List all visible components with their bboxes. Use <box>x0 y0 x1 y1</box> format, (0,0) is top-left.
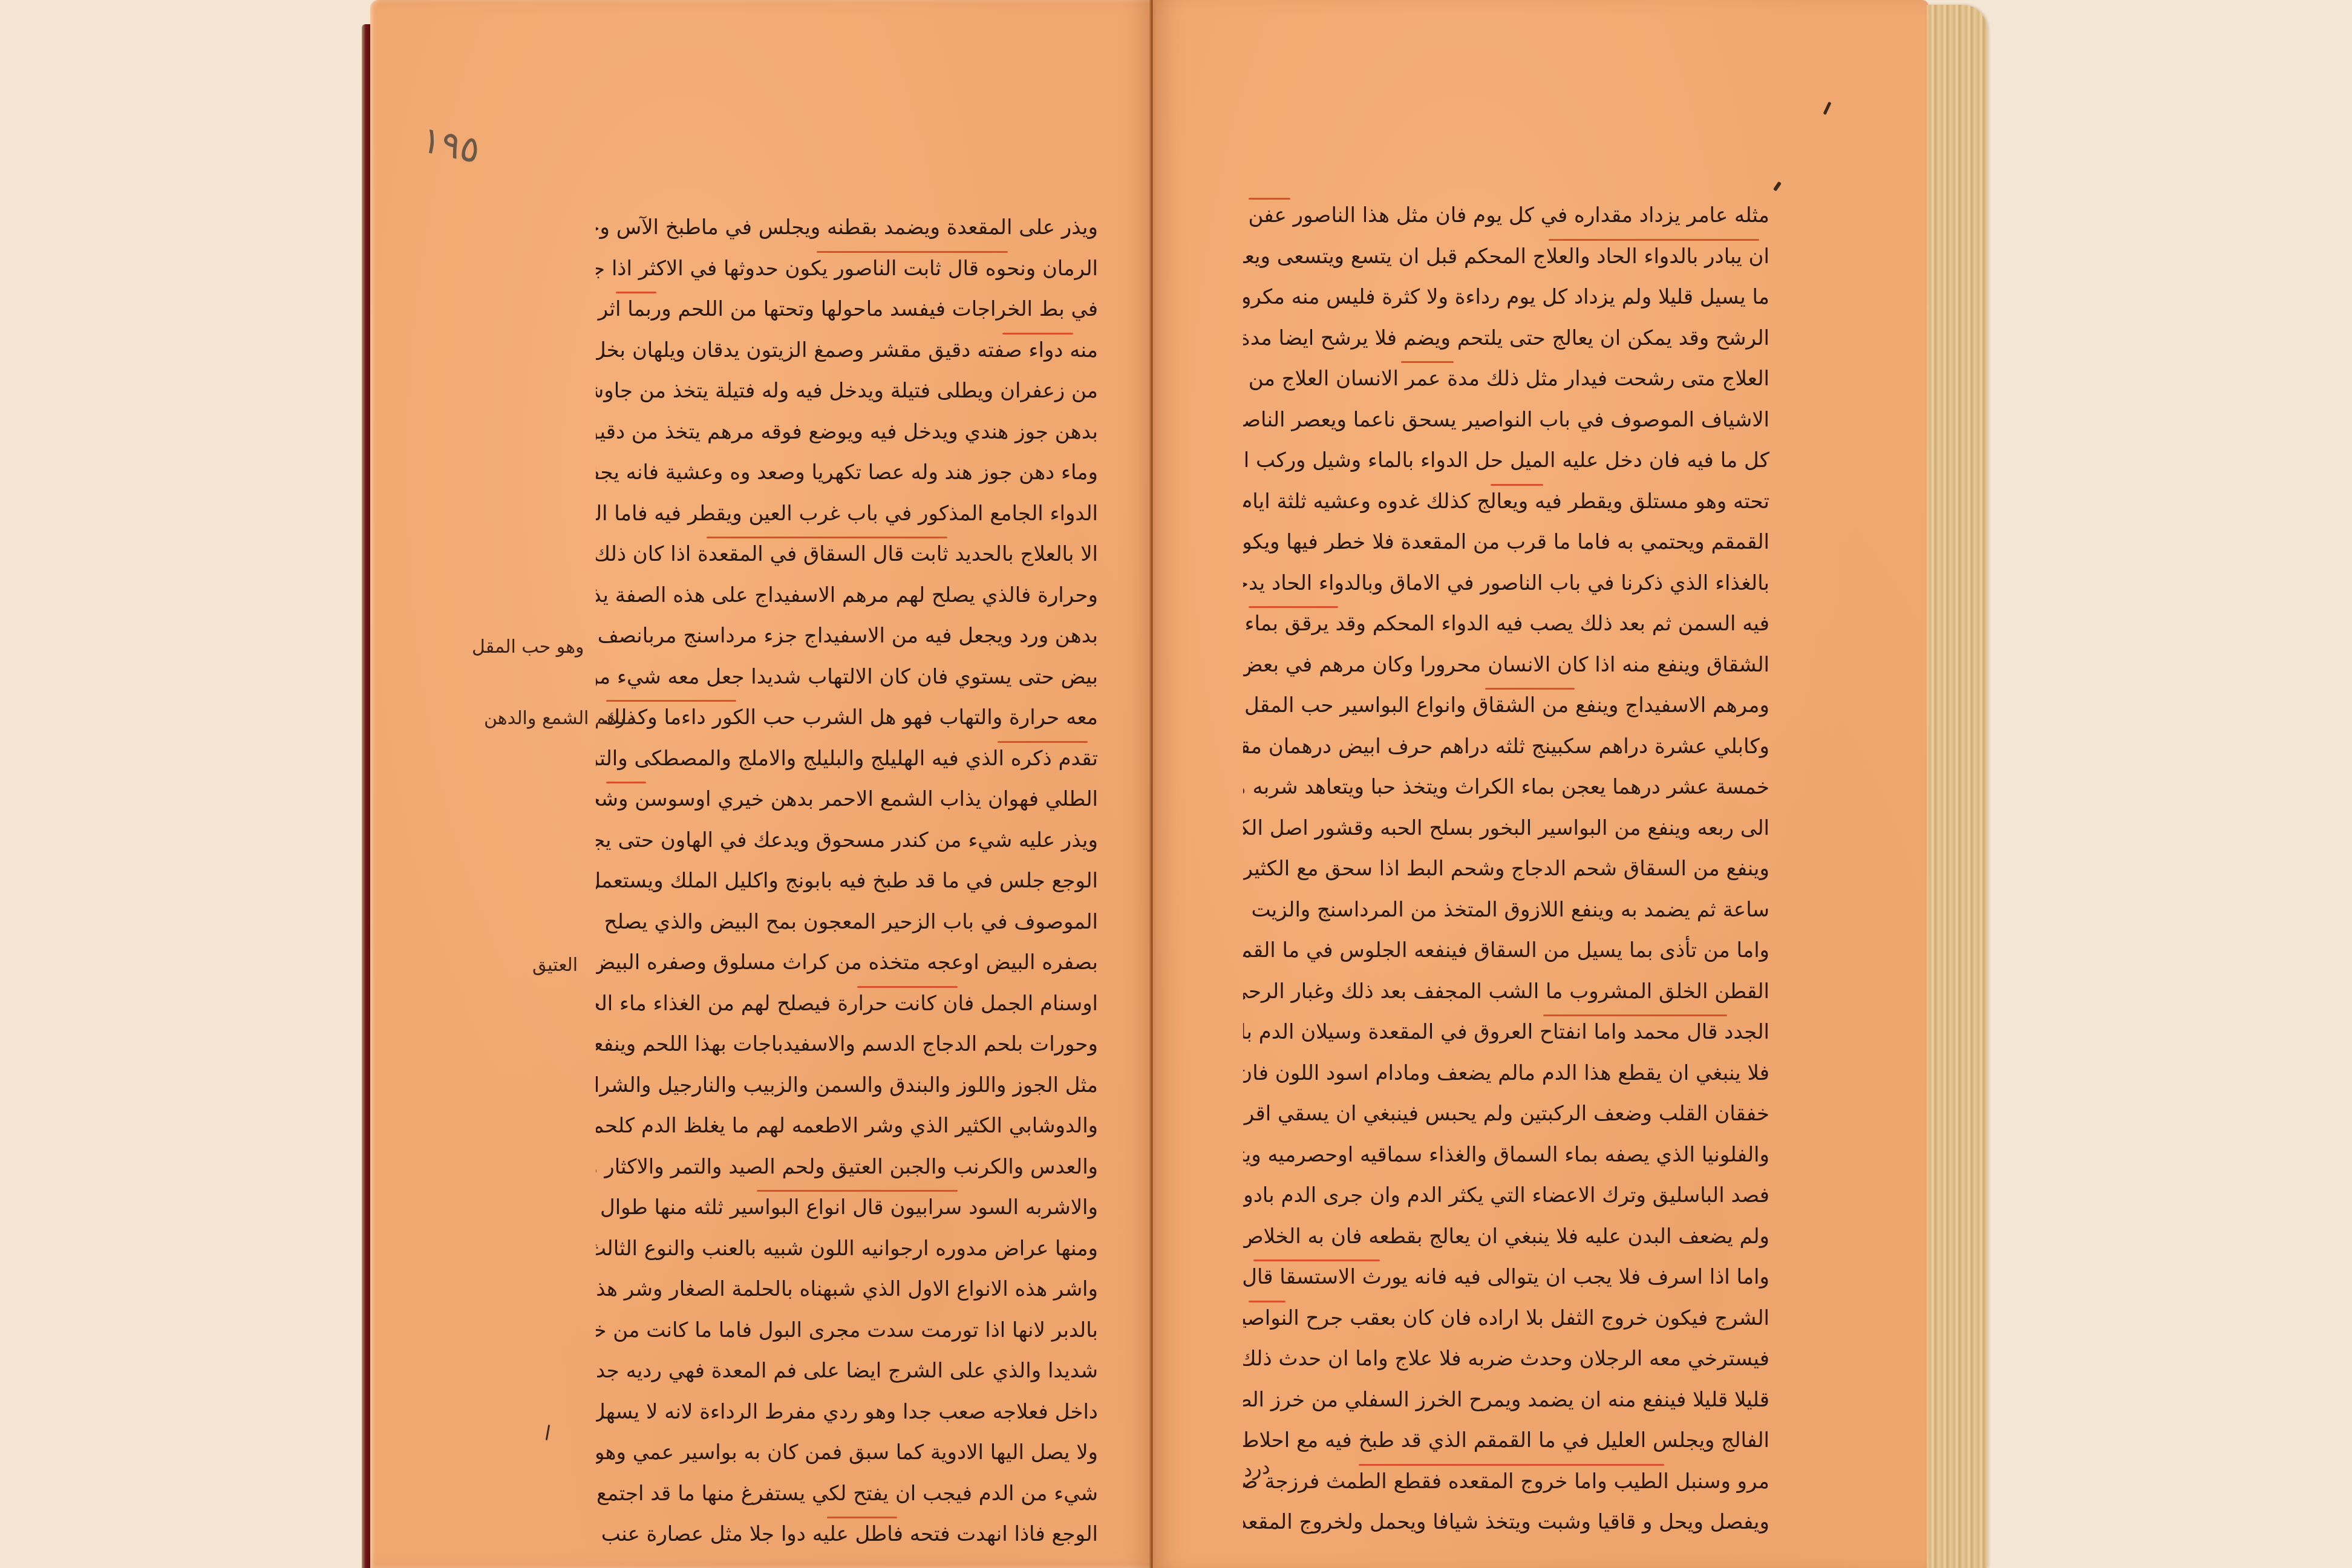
text-line: ان يبادر بالدواء الحاد والعلاج المحكم قب… <box>1243 237 1769 278</box>
text-line: بالغذاء الذي ذكرنا في باب الناصور في الا… <box>1243 563 1769 604</box>
text-line: الاشياف الموصوف في باب النواصير يسحق ناع… <box>1243 400 1769 441</box>
text-line: القطن الخلق المشروب ما الشب المجفف بعد ذ… <box>1243 972 1769 1013</box>
text-line: الطلي فهوان يذاب الشمع الاحمر بدهن خيري … <box>596 779 1098 820</box>
catchword: درد <box>1242 1455 1272 1481</box>
left-page-text: ويذر على المقعدة ويضمد بقطنه ويجلس في ما… <box>596 207 1098 1555</box>
text-line: واما اذا اسرف فلا يجب ان يتوالى فيه فانه… <box>1243 1257 1769 1298</box>
text-line: الشقاق وينفع منه اذا كان الانسان محرورا … <box>1243 645 1769 686</box>
text-line: فيسترخي معه الرجلان وحدث ضربه فلا علاج و… <box>1243 1339 1769 1380</box>
text-line: فيه السمن ثم بعد ذلك يصب فيه الدواء المح… <box>1243 604 1769 645</box>
text-line: بصفره البيض اوعجه متخذه من كراث مسلوق وص… <box>596 942 1098 984</box>
text-line: ومرهم الاسفيداج وينفع من الشقاق وانواع ا… <box>1243 685 1769 727</box>
text-line: منه دواء صفته دقيق مقشر وصمغ الزيتون يدق… <box>596 330 1098 371</box>
text-line: مثل الجوز واللوز والبندق والسمن والزبيب … <box>596 1065 1098 1106</box>
text-line: في بط الخراجات فيفسد ماحولها وتحتها من ا… <box>596 289 1098 330</box>
text-line: الرشح وقد يمكن ان يعالج حتى يلتحم ويضم ف… <box>1243 318 1769 359</box>
text-line: شيء من الدم فيجب ان يفتح لكي يستفرغ منها… <box>596 1474 1098 1515</box>
text-line: بدهن ورد ويجعل فيه من الاسفيداج جزء مردا… <box>596 616 1098 657</box>
text-line: فصد الباسليق وترك الاعضاء التي يكثر الدم… <box>1243 1175 1769 1217</box>
text-line: من زعفران ويطلى فتيلة ويدخل فيه وله فتيل… <box>596 371 1098 412</box>
text-line: فلا ينبغي ان يقطع هذا الدم مالم يضعف وما… <box>1243 1053 1769 1094</box>
text-line: ولا يصل اليها الادوية كما سبق فمن كان به… <box>596 1432 1098 1474</box>
text-line: تقدم ذكره الذي فيه الهليلج والبليلج والا… <box>596 739 1098 780</box>
margin-note: العتيق <box>532 955 578 976</box>
folio-number: ١٩٥ <box>418 119 484 172</box>
text-line: الجدد قال محمد واما انفتاح العروق في الم… <box>1243 1012 1769 1053</box>
text-line: وحورات بلحم الدجاج الدسم والاسفيدباجات ب… <box>596 1024 1098 1065</box>
margin-note: وهو حب المقل <box>472 636 584 658</box>
text-line: واشر هذه الانواع الاول الذي شبهناه بالحل… <box>596 1269 1098 1310</box>
text-line: خمسة عشر درهما يعجن بماء الكراث ويتخذ حب… <box>1243 767 1769 808</box>
text-line: تحته وهو مستلق ويقطر فيه ويعالج كذلك غدو… <box>1243 482 1769 523</box>
text-line: الدواء الجامع المذكور في باب غرب العين و… <box>596 494 1098 535</box>
text-line: والعدس والكرنب والجبن العتيق ولحم الصيد … <box>596 1147 1098 1188</box>
text-line: العلاج متى رشحت فيدار مثل ذلك مدة عمر ال… <box>1243 359 1769 400</box>
text-line: ساعة ثم يضمد به وينفع اللازوق المتخذ من … <box>1243 890 1769 931</box>
text-line: ولم يضعف البدن عليه فلا ينبغي ان يعالج ب… <box>1243 1217 1769 1258</box>
text-line: وكابلي عشرة دراهم سكبينج ثلثه دراهم حرف … <box>1243 727 1769 768</box>
text-line: كل ما فيه فان دخل عليه الميل حل الدواء ب… <box>1243 440 1769 482</box>
text-line: والفلونيا الذي يصفه بماء السماق والغذاء … <box>1243 1135 1769 1176</box>
text-line: معه حرارة والتهاب فهو هل الشرب حب الكور … <box>596 697 1098 739</box>
text-line: شديدا والذي على الشرج ايضا على فم المعدة… <box>596 1351 1098 1392</box>
text-line: ومنها عراض مدوره ارجوانيه اللون شبيه بال… <box>596 1229 1098 1270</box>
text-line: ويفصل ويحل و قاقيا وشبت ويتخذ شيافا ويحم… <box>1243 1502 1769 1543</box>
text-line: الموصوف في باب الزحير المعجون بمح البيض … <box>596 902 1098 943</box>
text-line: خفقان القلب وضعف الركبتين ولم يحبس فينبغ… <box>1243 1094 1769 1135</box>
text-line: الرمان ونحوه قال ثابت الناصور يكون حدوثه… <box>596 249 1098 290</box>
gutter <box>1149 0 1155 1568</box>
text-line: الوجع جلس في ما قد طبخ فيه بابونج واكليل… <box>596 861 1098 902</box>
text-line: وينفع من السقاق شحم الدجاج وشحم البط اذا… <box>1243 849 1769 890</box>
text-line: مثله عامر يزداد مقداره في كل يوم فان مثل… <box>1243 195 1769 237</box>
text-line: بيض حتى يستوي فان كان الالتهاب شديدا جعل… <box>596 657 1098 698</box>
text-line: الى ربعه وينفع من البواسير البخور بسلح ا… <box>1243 808 1769 849</box>
text-line: داخل فعلاجه صعب جدا وهو ردي مفرط الرداءة… <box>596 1392 1098 1433</box>
text-line: بدهن جوز هندي ويدخل فيه ويوضع فوقه مرهم … <box>596 412 1098 453</box>
text-line: ما يسيل قليلا ولم يزداد كل يوم رداءة ولا… <box>1243 277 1769 318</box>
text-line: والاشربه السود سرابيون قال انواع البواسي… <box>596 1187 1098 1229</box>
text-line: مرو وسنبل الطيب واما خروج المقعده فقطع ا… <box>1243 1462 1769 1503</box>
text-line: وماء دهن جوز هند وله عصا تكهريا وصعد وه … <box>596 452 1098 494</box>
margin-note: مرهم الشمع والدهن <box>484 708 636 729</box>
text-line: الفالج ويجلس العليل في ما القمقم الذي قد… <box>1243 1420 1769 1462</box>
text-line: وحرارة فالذي يصلح لهم مرهم الاسفيداج على… <box>596 575 1098 616</box>
text-line: اوسنام الجمل فان كانت حرارة فيصلح لهم من… <box>596 984 1098 1025</box>
text-line: الا بالعلاج بالحديد ثابت قال السقاق في ا… <box>596 534 1098 575</box>
text-line: ويذر عليه شيء من كندر مسحوق ويدعك في اله… <box>596 820 1098 861</box>
text-line: القمقم ويحتمي به فاما ما قرب من المقعدة … <box>1243 522 1769 563</box>
text-line: بالدبر لانها اذا تورمت سدت مجرى البول فا… <box>596 1310 1098 1351</box>
right-page-text: مثله عامر يزداد مقداره في كل يوم فان مثل… <box>1243 195 1769 1543</box>
page-edges <box>1927 5 1987 1568</box>
text-line: قليلا قليلا فينفع منه ان يضمد ويمرح الخر… <box>1243 1380 1769 1421</box>
text-line: واما من تأذى بما يسيل من السقاق فينفعه ا… <box>1243 930 1769 972</box>
text-line: الشرج فيكون خروج الثفل بلا اراده فان كان… <box>1243 1298 1769 1339</box>
text-line: الوجع فاذا انهدت فتحه فاطل عليه دوا جلا … <box>596 1514 1098 1555</box>
text-line: والدوشابي الكثير الذي وشر الاطعمه لهم ما… <box>596 1106 1098 1147</box>
text-line: ويذر على المقعدة ويضمد بقطنه ويجلس في ما… <box>596 207 1098 249</box>
open-manuscript: ١٩٥ ويذر على المقعدة ويضمد بقطنه ويجلس ف… <box>0 0 2352 1568</box>
